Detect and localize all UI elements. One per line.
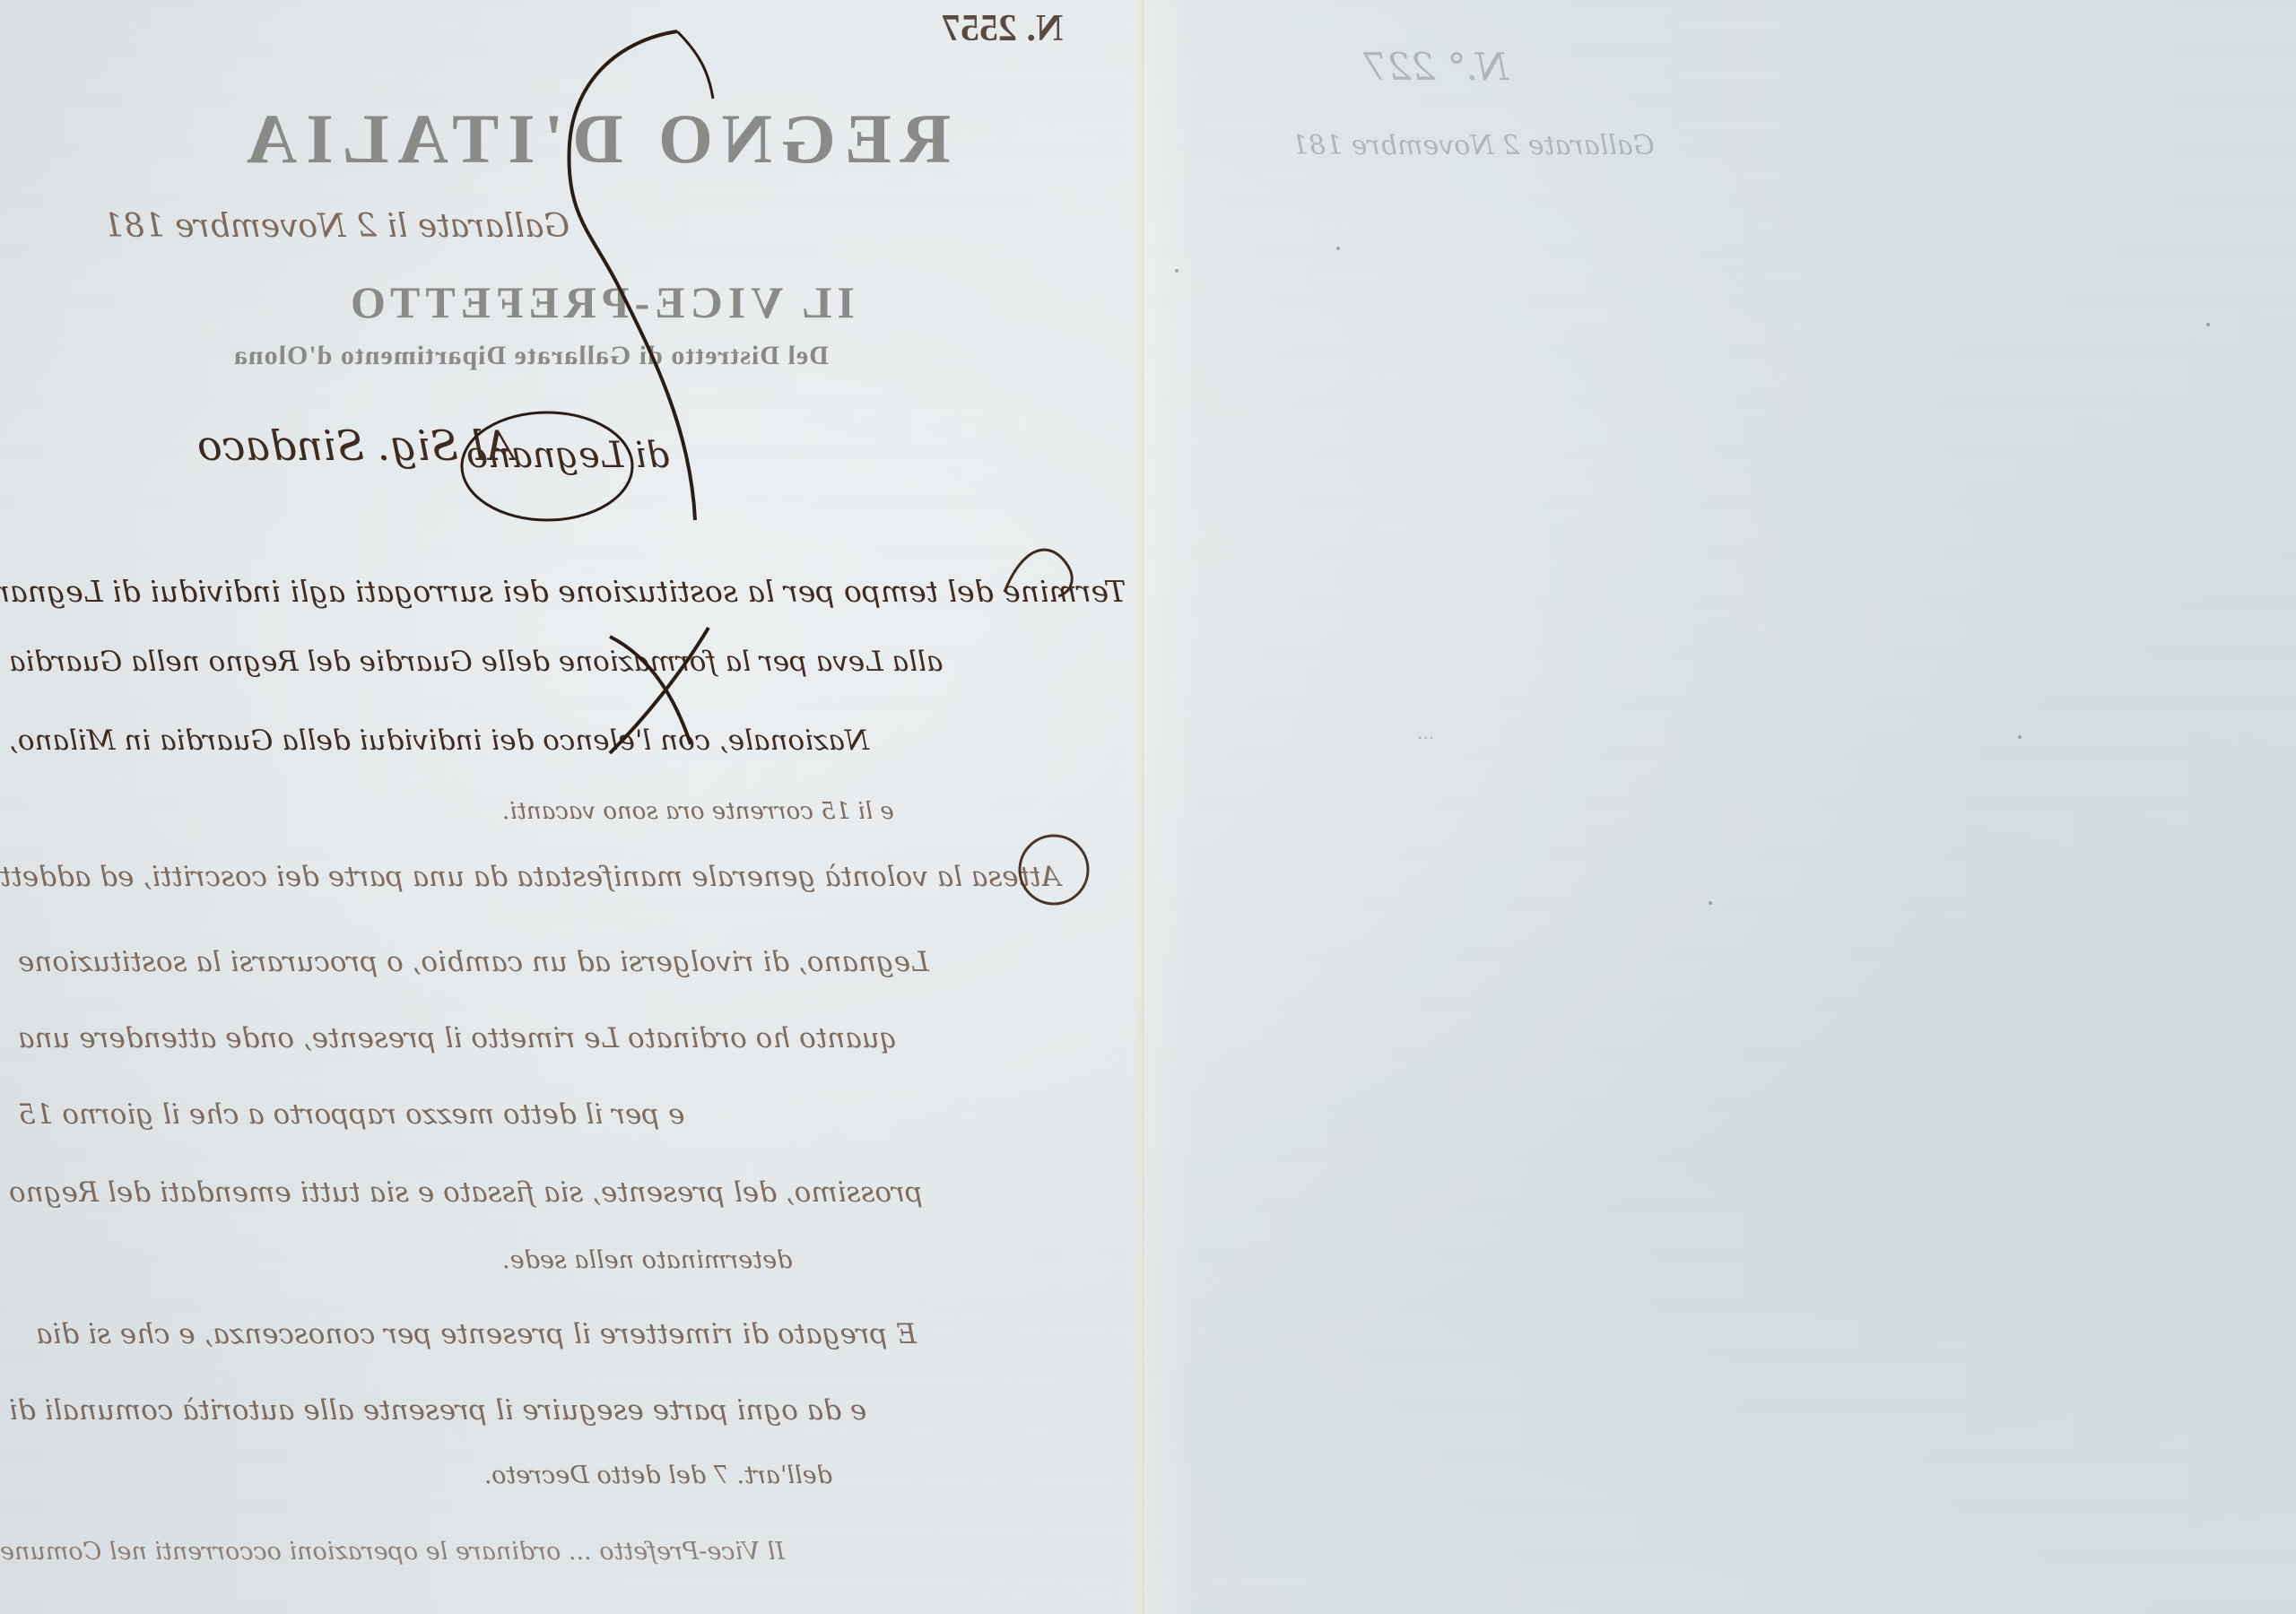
right-note-number: N.° 227 — [1363, 45, 1509, 89]
right-note-faint: ... — [1417, 722, 1434, 743]
body-line-5: Attesa la volontà generale manifestata d… — [0, 861, 1060, 893]
office-title: IL VICE-PREFETTO — [345, 276, 855, 328]
left-page: N. 2557 REGNO D'ITALIA Gallarate li 2 No… — [0, 0, 1137, 1614]
body-line-2: alla Leva per la formazione delle Guardi… — [9, 646, 943, 678]
body-line-9: prossimo, del presente, sia fissato e si… — [9, 1176, 923, 1209]
right-page — [1143, 0, 2296, 1614]
paper-speck — [1175, 269, 1178, 273]
paper-speck — [2206, 323, 2210, 326]
letterhead-title: REGNO D'ITALIA — [238, 99, 951, 179]
right-note-date: Gallarate 2 Novembre 181 — [1291, 130, 1655, 161]
body-line-13: dell'art. 7 del detto Decreto. — [484, 1462, 832, 1489]
body-line-10: determinato nella sede. — [502, 1246, 792, 1274]
body-line-4: e li 15 corrente ora sono vacanti. — [502, 798, 894, 825]
paper-speck — [2018, 735, 2022, 739]
body-line-11: E pregato di rimettere il presente per c… — [36, 1318, 917, 1350]
body-line-6: Legnano, di rivolgersi ad un cambio, o p… — [18, 946, 929, 978]
body-line-1: Termine del tempo per la sostituzione de… — [0, 574, 1126, 609]
district-line: Del Distretto di Gallarate Dipartimento … — [233, 341, 829, 371]
recipient-place: di Legnano — [466, 435, 669, 476]
paper-speck — [1336, 247, 1340, 250]
body-line-12: e da ogni parte eseguire il presente all… — [9, 1394, 866, 1427]
body-line-8: e per il detto mezzo rapporto a che il g… — [18, 1098, 684, 1131]
date-line: Gallarate li 2 Novembre 181 — [103, 208, 570, 245]
body-line-3: Nazionale, con l'elenco dei individui de… — [9, 725, 869, 757]
body-line-14: Il Vice-Prefetto ... ordinare le operazi… — [0, 1538, 785, 1566]
body-line-7: quanto ho ordinato Le rimetto il present… — [18, 1022, 898, 1054]
paper-speck — [1709, 901, 1712, 905]
document-number: N. 2557 — [942, 7, 1063, 50]
